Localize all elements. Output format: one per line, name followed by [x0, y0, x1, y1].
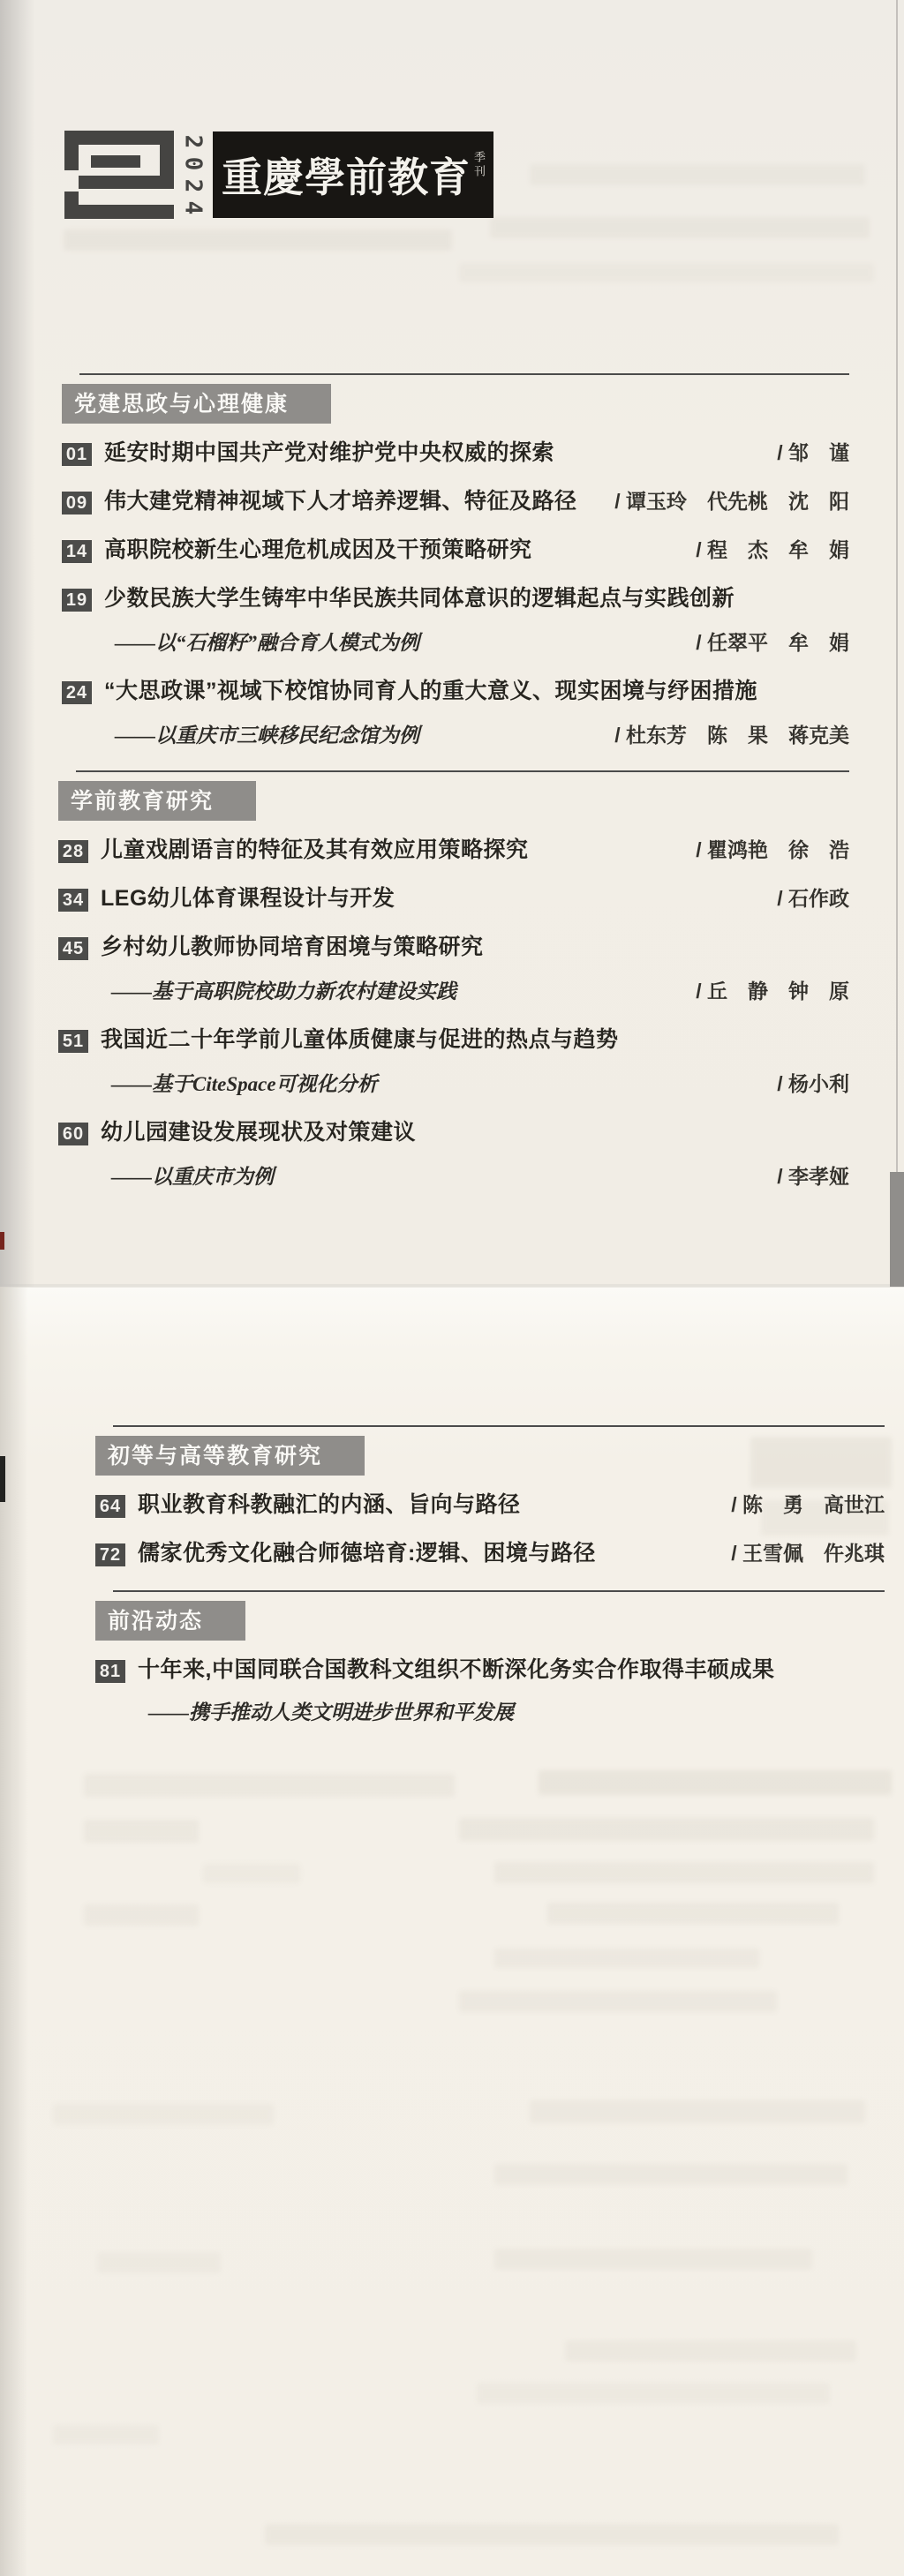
article-title: 职业教育科教融汇的内涵、旨向与路径 [138, 1490, 715, 1520]
journal-toc-scan: 2024 重慶學前教育 季刊 党建思政与心理健康 01延安时期中国共产党对维护党… [0, 0, 904, 2576]
section-rule [113, 1590, 885, 1592]
toc-entry-title-line: 51我国近二十年学前儿童体质健康与促进的热点与趋势 [58, 1025, 849, 1055]
section-title-band: 前沿动态 [95, 1601, 245, 1641]
article-authors: / 邹 谨 [777, 438, 849, 468]
ghost-showthrough [53, 2104, 274, 2125]
section-rule [76, 770, 849, 772]
toc-entry-title-line: 81十年来,中国同联合国教科文组织不断深化务实合作取得丰硕成果 [95, 1655, 885, 1685]
section-title-band: 初等与高等教育研究 [95, 1436, 365, 1476]
page-number-badge: 60 [58, 1123, 88, 1145]
toc-entry: 28儿童戏剧语言的特征及其有效应用策略探究/ 瞿鸿艳 徐 浩 [58, 835, 849, 865]
toc-entry-title-line: 28儿童戏剧语言的特征及其有效应用策略探究/ 瞿鸿艳 徐 浩 [58, 835, 849, 865]
ghost-showthrough [477, 2383, 830, 2404]
ghost-showthrough [459, 263, 874, 282]
ghost-showthrough [530, 2100, 865, 2123]
article-subtitle: ——基于高职院校助力新农村建设实践 [101, 978, 680, 1006]
ghost-showthrough [565, 2340, 856, 2362]
toc-entry-title-line: 34LEG幼儿体育课程设计与开发/ 石作政 [58, 883, 849, 913]
article-subtitle: ——以重庆市为例 [101, 1163, 761, 1191]
article-subtitle: ——基于CiteSpace可视化分析 [101, 1070, 761, 1099]
toc-entry: 51我国近二十年学前儿童体质健康与促进的热点与趋势——基于CiteSpace可视… [58, 1025, 849, 1099]
ghost-showthrough [53, 2425, 159, 2445]
toc-entry-title-line: 14高职院校新生心理危机成因及干预策略研究/ 程 杰 牟 娟 [62, 535, 849, 565]
section-items: 81十年来,中国同联合国教科文组织不断深化务实合作取得丰硕成果——携手推动人类文… [95, 1655, 885, 1727]
page-number-badge: 34 [58, 889, 88, 912]
article-subtitle: ——以重庆市三峡移民纪念馆为例 [104, 722, 599, 750]
toc-entry-title-line: 72儒家优秀文化融合师德培育:逻辑、困境与路径/ 王雪佩 仵兆琪 [95, 1538, 885, 1568]
article-authors: / 杨小利 [777, 1069, 849, 1099]
article-authors: / 谭玉玲 代先桃 沈 阳 [614, 486, 849, 516]
ghost-showthrough [494, 1949, 759, 1968]
section-primary-higher-education-research: 初等与高等教育研究 64职业教育科教融汇的内涵、旨向与路径/ 陈 勇 高世江72… [95, 1425, 885, 1587]
toc-entry-subtitle-line: ——以重庆市为例/ 李孝娅 [101, 1161, 849, 1191]
article-authors: / 瞿鸿艳 徐 浩 [696, 835, 849, 865]
toc-entry-title-line: 09伟大建党精神视域下人才培养逻辑、特征及路径/ 谭玉玲 代先桃 沈 阳 [62, 486, 849, 516]
toc-entry: 01延安时期中国共产党对维护党中央权威的探索/ 邹 谨 [62, 438, 849, 468]
toc-entry-subtitle-line: ——以“石榴籽”融合育人模式为例/ 任翠平 牟 娟 [104, 627, 849, 657]
toc-entry: 45乡村幼儿教师协同培育困境与策略研究——基于高职院校助力新农村建设实践/ 丘 … [58, 932, 849, 1006]
toc-entry-title-line: 64职业教育科教融汇的内涵、旨向与路径/ 陈 勇 高世江 [95, 1490, 885, 1520]
year-2024-vertical: 2024 [177, 131, 207, 219]
ghost-showthrough [494, 2164, 847, 2185]
article-title: 高职院校新生心理危机成因及干预策略研究 [104, 535, 680, 565]
page-number-badge: 09 [62, 492, 92, 514]
toc-entry-subtitle-line: ——基于CiteSpace可视化分析/ 杨小利 [101, 1069, 849, 1099]
page-number-badge: 64 [95, 1495, 125, 1518]
toc-entry: 34LEG幼儿体育课程设计与开发/ 石作政 [58, 883, 849, 913]
section-frontier-trends: 前沿动态 81十年来,中国同联合国教科文组织不断深化务实合作取得丰硕成果——携手… [95, 1590, 885, 1746]
year-digit: 4 [182, 193, 204, 223]
article-authors: / 陈 勇 高世江 [731, 1490, 885, 1520]
toc-entry: 81十年来,中国同联合国教科文组织不断深化务实合作取得丰硕成果——携手推动人类文… [95, 1655, 885, 1727]
scan-artifact-black [0, 1456, 5, 1502]
page-number-badge: 24 [62, 681, 92, 704]
article-title: LEG幼儿体育课程设计与开发 [101, 883, 761, 913]
toc-entry: 09伟大建党精神视域下人才培养逻辑、特征及路径/ 谭玉玲 代先桃 沈 阳 [62, 486, 849, 516]
toc-entry-subtitle-line: ——携手推动人类文明进步世界和平发展 [138, 1699, 885, 1727]
article-authors: / 丘 静 钟 原 [696, 976, 849, 1006]
page-seam [0, 1284, 904, 1288]
toc-entry-subtitle-line: ——基于高职院校助力新农村建设实践/ 丘 静 钟 原 [101, 976, 849, 1006]
page-number-badge: 28 [58, 840, 88, 863]
section-rule [113, 1425, 885, 1427]
article-title: 儒家优秀文化融合师德培育:逻辑、困境与路径 [138, 1538, 715, 1568]
section-title-band: 党建思政与心理健康 [62, 384, 331, 424]
ghost-showthrough [84, 1774, 455, 1797]
ghost-showthrough [539, 1770, 892, 1795]
toc-entry: 19少数民族大学生铸牢中华民族共同体意识的逻辑起点与实践创新——以“石榴籽”融合… [62, 583, 849, 657]
article-title: 幼儿园建设发展现状及对策建议 [101, 1117, 849, 1147]
masthead-banner: 重慶學前教育 季刊 [213, 131, 493, 218]
article-title: 延安时期中国共产党对维护党中央权威的探索 [104, 438, 761, 468]
toc-entry-title-line: 24“大思政课”视域下校馆协同育人的重大意义、现实困境与纾困措施 [62, 676, 849, 706]
article-subtitle: ——携手推动人类文明进步世界和平发展 [138, 1699, 869, 1727]
section-preschool-education-research: 学前教育研究 28儿童戏剧语言的特征及其有效应用策略探究/ 瞿鸿艳 徐 浩34L… [58, 770, 849, 1210]
ghost-showthrough [265, 2524, 839, 2545]
article-authors: / 杜东芳 陈 果 蒋克美 [614, 720, 849, 750]
article-title: 乡村幼儿教师协同培育困境与策略研究 [101, 932, 849, 962]
page-number-badge: 01 [62, 443, 92, 466]
ghost-showthrough [494, 1862, 874, 1883]
page-number-badge: 19 [62, 589, 92, 612]
section-rule [79, 373, 849, 375]
issue-number-2-logo [64, 131, 174, 219]
article-title: 儿童戏剧语言的特征及其有效应用策略探究 [101, 835, 680, 865]
article-subtitle: ——以“石榴籽”融合育人模式为例 [104, 629, 680, 657]
article-authors: / 王雪佩 仵兆琪 [731, 1538, 885, 1568]
page-number-badge: 45 [58, 937, 88, 960]
masthead: 2024 重慶學前教育 季刊 [64, 131, 493, 219]
page-number-badge: 81 [95, 1660, 125, 1683]
ghost-showthrough [494, 2249, 812, 2270]
page-edge-bar [890, 1172, 904, 1287]
masthead-banner-title: 重慶學前教育 [213, 146, 471, 204]
article-authors: / 石作政 [777, 883, 849, 913]
toc-entry-title-line: 60幼儿园建设发展现状及对策建议 [58, 1117, 849, 1147]
article-title: “大思政课”视域下校馆协同育人的重大意义、现实困境与纾困措施 [104, 676, 849, 706]
article-title: 十年来,中国同联合国教科文组织不断深化务实合作取得丰硕成果 [138, 1655, 885, 1685]
scan-artifact-red [0, 1232, 4, 1250]
page-number-badge: 14 [62, 540, 92, 563]
ghost-showthrough [203, 1864, 300, 1883]
ghost-showthrough [490, 217, 870, 238]
toc-entry: 64职业教育科教融汇的内涵、旨向与路径/ 陈 勇 高世江 [95, 1490, 885, 1520]
page-number-badge: 72 [95, 1543, 125, 1566]
scan-edge-shadow [0, 0, 39, 1287]
toc-entry: 60幼儿园建设发展现状及对策建议——以重庆市为例/ 李孝娅 [58, 1117, 849, 1191]
section-items: 28儿童戏剧语言的特征及其有效应用策略探究/ 瞿鸿艳 徐 浩34LEG幼儿体育课… [58, 835, 849, 1191]
article-title: 伟大建党精神视域下人才培养逻辑、特征及路径 [104, 486, 599, 516]
section-party-building-psych-health: 党建思政与心理健康 01延安时期中国共产党对维护党中央权威的探索/ 邹 谨09伟… [62, 373, 849, 769]
page-number-badge: 51 [58, 1030, 88, 1053]
toc-entry-title-line: 45乡村幼儿教师协同培育困境与策略研究 [58, 932, 849, 962]
article-title: 少数民族大学生铸牢中华民族共同体意识的逻辑起点与实践创新 [104, 583, 849, 613]
ghost-showthrough [97, 2252, 221, 2273]
section-items: 64职业教育科教融汇的内涵、旨向与路径/ 陈 勇 高世江72儒家优秀文化融合师德… [95, 1490, 885, 1568]
ghost-showthrough [547, 1903, 839, 1924]
toc-entry: 72儒家优秀文化融合师德培育:逻辑、困境与路径/ 王雪佩 仵兆琪 [95, 1538, 885, 1568]
toc-entry-title-line: 01延安时期中国共产党对维护党中央权威的探索/ 邹 谨 [62, 438, 849, 468]
ghost-showthrough [64, 229, 452, 251]
ghost-showthrough [84, 1820, 199, 1843]
section-items: 01延安时期中国共产党对维护党中央权威的探索/ 邹 谨09伟大建党精神视域下人才… [62, 438, 849, 750]
ghost-showthrough [84, 1904, 199, 1926]
article-authors: / 程 杰 牟 娟 [696, 535, 849, 565]
ghost-showthrough [459, 1818, 874, 1841]
toc-entry-title-line: 19少数民族大学生铸牢中华民族共同体意识的逻辑起点与实践创新 [62, 583, 849, 613]
toc-entry-subtitle-line: ——以重庆市三峡移民纪念馆为例/ 杜东芳 陈 果 蒋克美 [104, 720, 849, 750]
article-authors: / 李孝娅 [777, 1161, 849, 1191]
article-authors: / 任翠平 牟 娟 [696, 627, 849, 657]
toc-entry: 14高职院校新生心理危机成因及干预策略研究/ 程 杰 牟 娟 [62, 535, 849, 565]
page-edge-line [896, 0, 898, 1284]
section-title-band: 学前教育研究 [58, 781, 256, 821]
toc-entry: 24“大思政课”视域下校馆协同育人的重大意义、现实困境与纾困措施——以重庆市三峡… [62, 676, 849, 750]
article-title: 我国近二十年学前儿童体质健康与促进的热点与趋势 [101, 1025, 849, 1055]
ghost-showthrough [459, 1991, 777, 2012]
ghost-showthrough [530, 164, 865, 185]
quarterly-tag: 季刊 [471, 151, 487, 179]
